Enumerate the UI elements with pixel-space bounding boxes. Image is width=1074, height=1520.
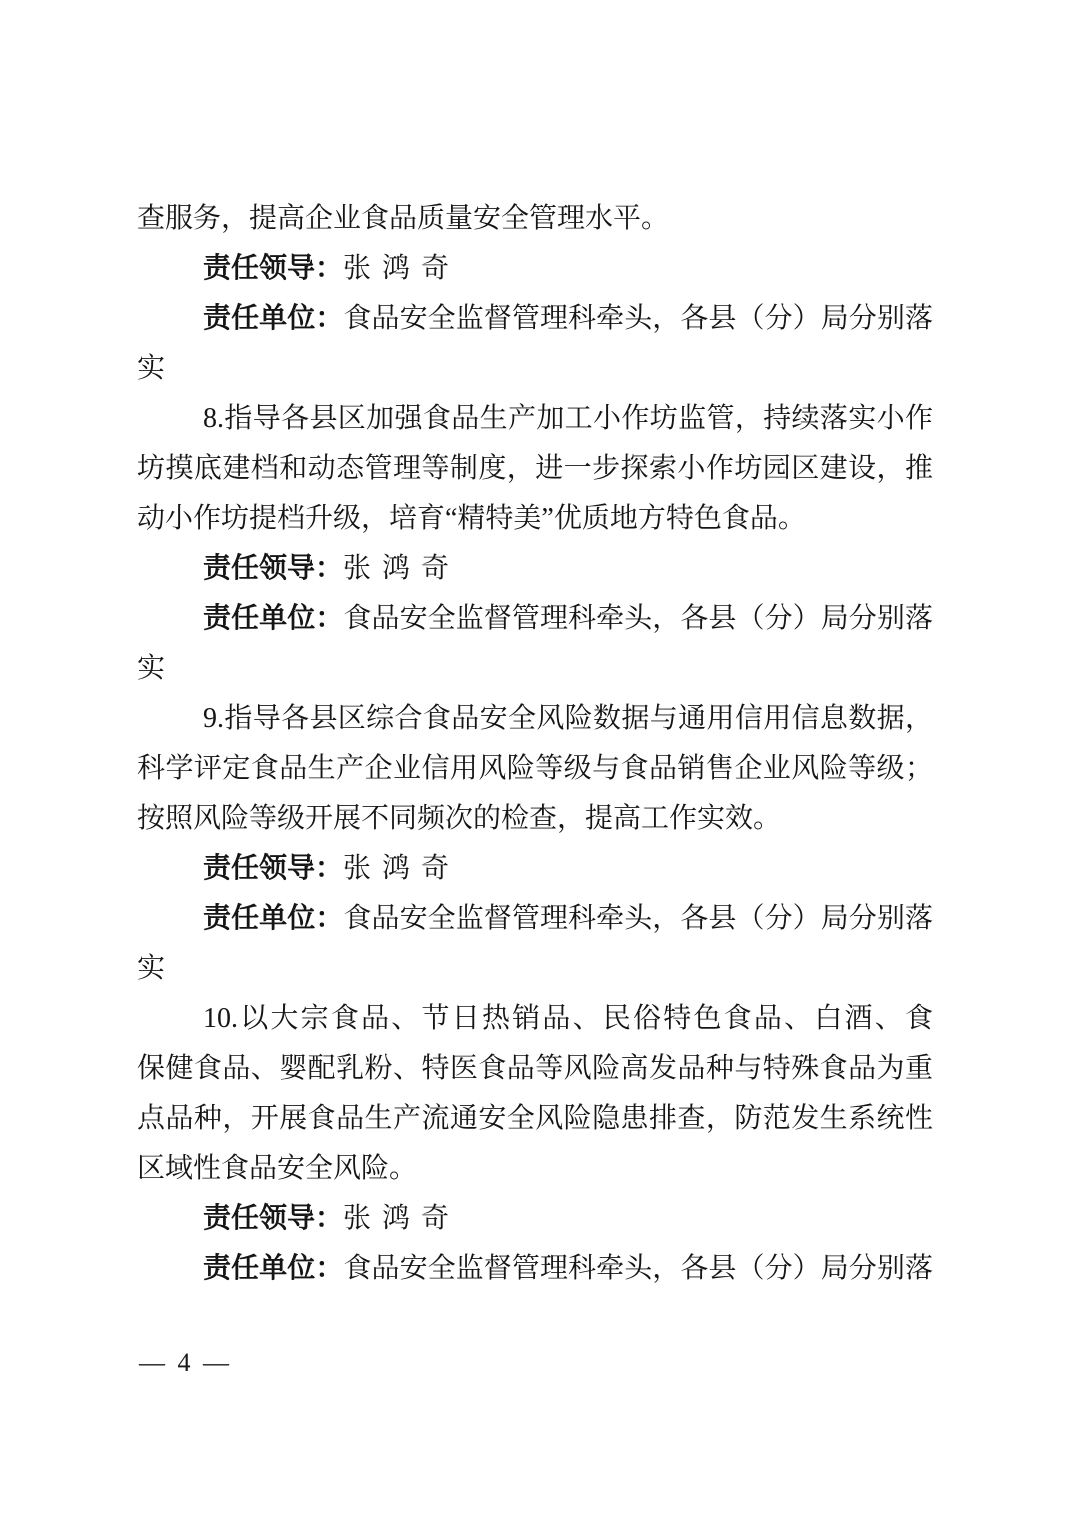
leader-name: 张鸿奇 [343, 553, 460, 584]
responsibility-unit-label: 责任单位： [203, 1253, 343, 1284]
line-text: 9.指导各县区综合食品安全风险数据与通用信用信息数据， [203, 703, 933, 734]
line-text: 保健食品、婴配乳粉、特医食品等风险高发品种与特殊食品为重 [137, 1053, 933, 1084]
responsibility-leader-label: 责任领导： [203, 853, 343, 884]
line-text: 科学评定食品生产企业信用风险等级与食品销售企业风险等级； [137, 753, 933, 784]
leader-name: 张鸿奇 [343, 853, 460, 884]
leader-name: 张鸿奇 [343, 1203, 460, 1234]
document-body: 查服务，提高企业食品质量安全管理水平。 责任领导：张鸿奇 责任单位：食品安全监督… [137, 194, 933, 1294]
item-10-line: 10.以大宗食品、节日热销品、民俗特色食品、白酒、食盐、 [137, 994, 933, 1044]
unit-text: 食品安全监督管理科牵头，各县（分）局分别落 [343, 1253, 933, 1284]
responsibility-unit-label: 责任单位： [203, 603, 343, 634]
item-9-line: 科学评定食品生产企业信用风险等级与食品销售企业风险等级； [137, 744, 933, 794]
item-8-line: 8.指导各县区加强食品生产加工小作坊监管，持续落实小作 [137, 394, 933, 444]
text-line: 实 [137, 944, 933, 994]
line-text: 按照风险等级开展不同频次的检查，提高工作实效。 [137, 803, 781, 834]
responsibility-unit-line: 责任单位：食品安全监督管理科牵头，各县（分）局分别落 [137, 294, 933, 344]
responsibility-leader-label: 责任领导： [203, 1203, 343, 1234]
item-10-line: 保健食品、婴配乳粉、特医食品等风险高发品种与特殊食品为重 [137, 1044, 933, 1094]
document-page: 查服务，提高企业食品质量安全管理水平。 责任领导：张鸿奇 责任单位：食品安全监督… [0, 0, 1074, 1520]
responsibility-unit-label: 责任单位： [203, 303, 343, 334]
line-text: 实 [137, 953, 165, 984]
item-10-line: 点品种，开展食品生产流通安全风险隐患排查，防范发生系统性 [137, 1094, 933, 1144]
leader-name: 张鸿奇 [343, 253, 460, 284]
unit-text: 食品安全监督管理科牵头，各县（分）局分别落 [343, 303, 933, 334]
responsibility-leader-line: 责任领导：张鸿奇 [137, 244, 933, 294]
item-8-line: 动小作坊提档升级，培育“精特美”优质地方特色食品。 [137, 494, 933, 544]
responsibility-leader-line: 责任领导：张鸿奇 [137, 1194, 933, 1244]
item-8-line: 坊摸底建档和动态管理等制度，进一步探索小作坊园区建设，推 [137, 444, 933, 494]
unit-text: 食品安全监督管理科牵头，各县（分）局分别落 [343, 903, 933, 934]
responsibility-unit-line: 责任单位：食品安全监督管理科牵头，各县（分）局分别落 [137, 894, 933, 944]
line-text: 10.以大宗食品、节日热销品、民俗特色食品、白酒、食盐、 [137, 1003, 933, 1044]
item-9-line: 按照风险等级开展不同频次的检查，提高工作实效。 [137, 794, 933, 844]
responsibility-leader-label: 责任领导： [203, 553, 343, 584]
responsibility-unit-line: 责任单位：食品安全监督管理科牵头，各县（分）局分别落 [137, 594, 933, 644]
page-number: — 4 — [139, 1348, 232, 1378]
responsibility-leader-line: 责任领导：张鸿奇 [137, 544, 933, 594]
item-10-line: 区域性食品安全风险。 [137, 1144, 933, 1194]
line-text: 查服务，提高企业食品质量安全管理水平。 [137, 203, 669, 234]
line-text: 8.指导各县区加强食品生产加工小作坊监管，持续落实小作 [203, 403, 933, 434]
responsibility-unit-line: 责任单位：食品安全监督管理科牵头，各县（分）局分别落 [137, 1244, 933, 1294]
line-text: 坊摸底建档和动态管理等制度，进一步探索小作坊园区建设，推 [137, 453, 933, 484]
line-text: 实 [137, 653, 165, 684]
text-line: 实 [137, 644, 933, 694]
line-text: 动小作坊提档升级，培育“精特美”优质地方特色食品。 [137, 503, 806, 534]
line-text: 点品种，开展食品生产流通安全风险隐患排查，防范发生系统性 [137, 1103, 933, 1134]
text-line: 查服务，提高企业食品质量安全管理水平。 [137, 194, 933, 244]
responsibility-unit-label: 责任单位： [203, 903, 343, 934]
responsibility-leader-label: 责任领导： [203, 253, 343, 284]
line-text: 区域性食品安全风险。 [137, 1153, 417, 1184]
responsibility-leader-line: 责任领导：张鸿奇 [137, 844, 933, 894]
line-text: 实 [137, 353, 165, 384]
unit-text: 食品安全监督管理科牵头，各县（分）局分别落 [343, 603, 933, 634]
text-line: 实 [137, 344, 933, 394]
item-9-line: 9.指导各县区综合食品安全风险数据与通用信用信息数据， [137, 694, 933, 744]
